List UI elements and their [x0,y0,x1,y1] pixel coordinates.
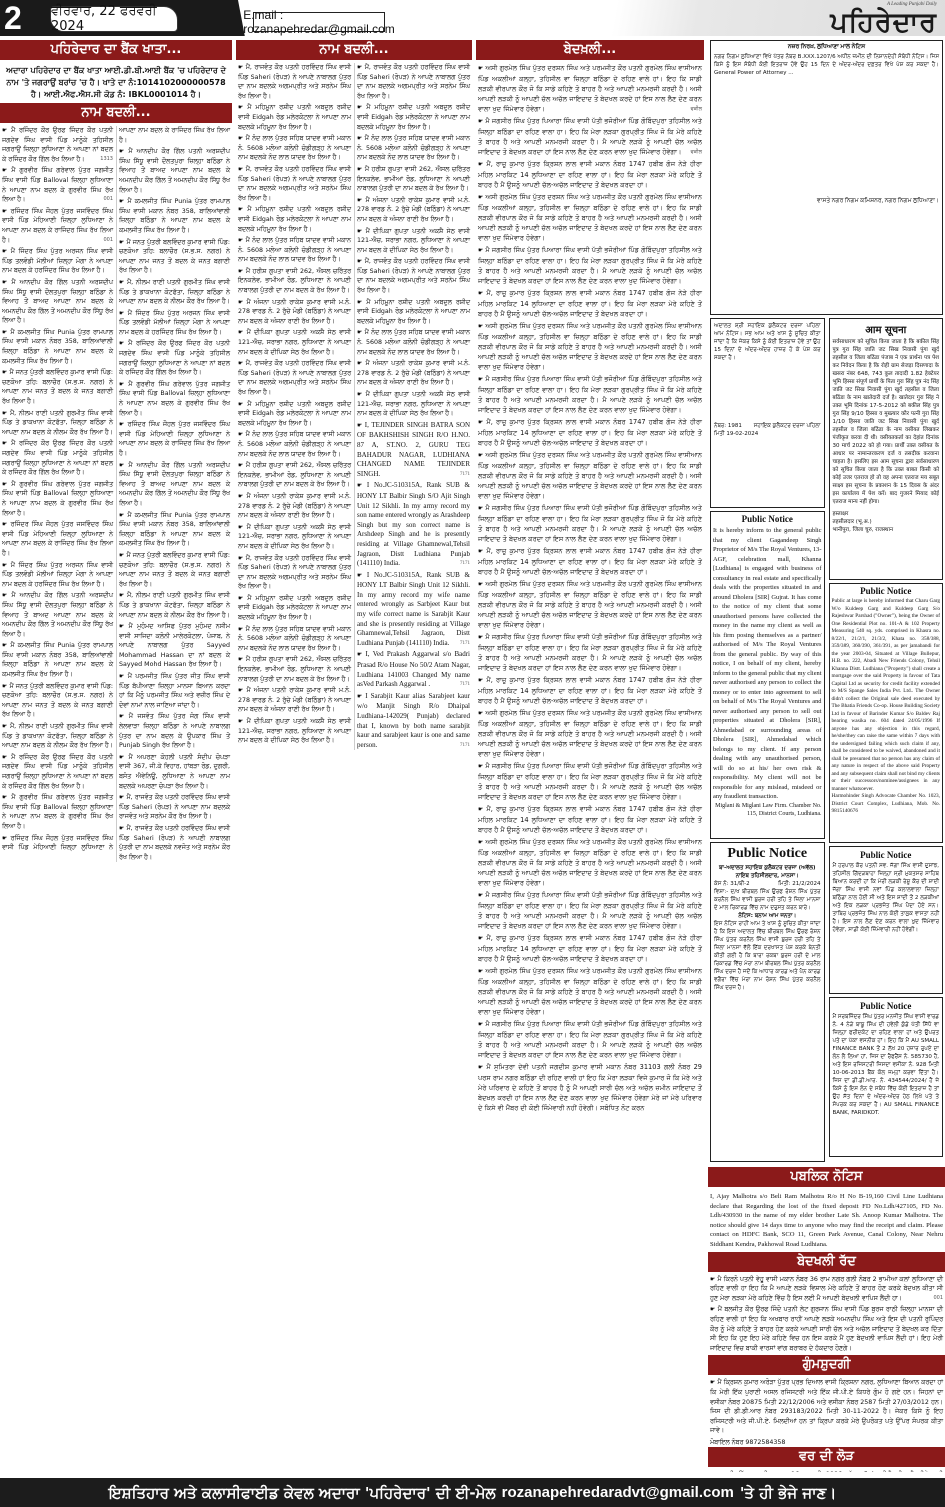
list-item: ਮੈ ਜਗਸੀਰ ਸਿੰਘ ਪੁੱਤਰ ਪਿਆਰਾ ਸਿੰਘ ਵਾਸੀ ਪੱਤੀ… [478,890,702,931]
revenue-notice-signer: ਵਾਸਤੇ ਨਗਰ ਨਿਗਮ ਕਮਿਸ਼ਨਰ, ਨਗਰ ਨਿਗਮ ਲੁਧਿਆਣਾ… [714,197,939,205]
case-subject: ਵਿਸ਼ਾ:- ਦ/ਖ ਬੀਰਬਲ ਸਿੰਘ ਉਰਫ ਰੋਸ਼ਨ ਸਿੰਘ ਪੁ… [714,888,821,912]
list-item: ਅਸੀ ਗੁਰਮੇਲ ਸਿੰਘ ਪੁੱਤਰ ਦਰਸ਼ਨ ਸਿੰਘ ਅਤੇ ਪਰਮ… [478,708,702,759]
list-item: ਮੈ ਜਗਸੀਰ ਸਿੰਘ ਪੁੱਤਰ ਪਿਆਰਾ ਸਿੰਘ ਵਾਸੀ ਪੱਤੀ… [478,374,702,415]
list-item: ਮੈਂ ਅਪਰਣਾ ਕੋਹਲੀ ਪਤਨੀ ਸੰਦੀਪ ਚੋਪੜਾ ਵਾਸੀ 36… [119,753,230,791]
case-date: ਮਿਤੀ: 21/2/2024 [778,880,820,888]
list-item: ਮੈਂ, ਰਾਜਵੰਤ ਕੌਰ ਪਤਨੀ ਹਰਵਿੰਦਰ ਸਿੰਘ ਵਾਸੀ ਪ… [357,63,470,101]
public-notice-mortgage-signer: Harmohinder Singh Advocate Chamber No. 1… [832,793,941,816]
list-item: ਮੈਂ, ਰਾਜੂ ਕੁਮਾਰ ਪੁੱਤਰ ਕ੍ਰਿਸ਼ਨ ਲਾਲ ਵਾਸੀ ਮ… [478,933,702,964]
missing-notice: ਮੈਂ ਕ੍ਰਿਸ਼ਨ ਕੁਮਾਰ ਅਰੋੜਾ ਪੁੱਤਰ ਪ੍ਰਭ ਦਿਆਲ … [708,1378,945,1447]
list-item: ਮੈਂ ਜਸਵੰਤ ਸਿੰਘ ਪੁੱਤਰ ਜੰਗ ਸਿੰਘ ਵਾਸੀ ਲੇਲਵਾ… [119,712,230,750]
public-notice-title: Public Notice [714,846,821,862]
public-notice-royal-text: It is hereby inform to the general publi… [713,526,822,802]
list-item: ਮੈਂ, ਰਾਜਵੰਤ ਕੌਰ ਪਤਨੀ ਹਰਵਿੰਦਰ ਸਿੰਘ ਵਾਸੀ ਪ… [238,359,351,397]
list-item: ਮੈਂ ਨੰਦ ਲਾਲ ਪੁੱਤਰ ਸਹਿਬ ਯਾਦਵ ਵਾਸੀ ਮਕਾਨ ਨੰ… [357,328,470,357]
list-item: ਮੈਂ ਕਮਲਜੀਤ ਸਿੰਘ Punia ਪੁੱਤਰ ਰਾਮਪਾਲ ਸਿੰਘ … [119,511,230,549]
list-item: ਮੈਂ ਦੀਪਿਕਾ ਗੁਪਤਾ ਪਤਨੀ ਅਕਸ਼ੈ ਸੇਠ ਵਾਸੀ 121… [238,523,351,552]
list-item: ਮੈਂ ਹਰੀਸ਼ ਗੁਪਤਾ ਵਾਸੀ 262, ਐਸਲ ਚਰਿੱਤਰ ਇਨਕ… [238,461,351,490]
public-notice-mortgage-text: Public at large is hereby informed that … [832,598,941,793]
list-item: ਮੈਂ, ਰਾਜਵੰਤ ਕੌਰ ਪਤਨੀ ਹਰਵਿੰਦਰ ਸਿੰਘ ਵਾਸੀ ਪ… [238,165,351,203]
list-item: ਮੈਂ ਹਰੀਸ਼ ਗੁਪਤਾ ਵਾਸੀ 262, ਐਸਲ ਚਰਿੱਤਰ ਇਨਕ… [238,655,351,684]
list-item: ਮੈ ਜਗਸੀਰ ਸਿੰਘ ਪੁੱਤਰ ਪਿਆਰਾ ਸਿੰਘ ਵਾਸੀ ਪੱਤੀ… [478,503,702,544]
aam-suchna-signer-place: भानीपुरा, जिला चुरु, राजस्थान [833,526,940,534]
list-item: ਮੈਂ ਹਰੀਸ਼ ਗੁਪਤਾ ਵਾਸੀ 262, ਐਸਲ ਚਰਿੱਤਰ ਇਨਕ… [238,267,351,296]
list-item: ਮੈ ਜਗਸੀਰ ਸਿੰਘ ਪੁੱਤਰ ਪਿਆਰਾ ਸਿੰਘ ਵਾਸੀ ਪੱਤੀ… [478,1019,702,1060]
list-item: ਮੈਂ ਗੁਰਵੀਰ ਸਿੰਘ ਗਰੇਵਾਲ ਪੁੱਤਰ ਜਗਜੀਤ ਸਿੰਘ … [2,480,113,518]
list-item: ਅਸੀ ਗੁਰਮੇਲ ਸਿੰਘ ਪੁੱਤਰ ਦਰਸ਼ਨ ਸਿੰਘ ਅਤੇ ਪਰਮ… [478,450,702,501]
list-item: ਮੈਂ ਮਹਿਮੂਨਾ ਰਸ਼ੀਦ ਪਤਨੀ ਅਬਦੁਲ ਰਸ਼ੀਦ ਵਾਸੀ … [238,400,351,429]
aam-suchna-signer-label: हस्ताक्षर [833,510,940,518]
list-item: ਮੈਂ ਮਹਿਮੂਨਾ ਰਸ਼ੀਦ ਪਤਨੀ ਅਬਦੁਲ ਰਸ਼ੀਦ ਵਾਸੀ … [357,103,470,132]
list-item: ਮੈਂ ਆਨਦੀਪ ਕੌਰ ਗਿੱਲ ਪਤਨੀ ਅਰਸ਼ਦੀਪ ਸਿੰਘ ਸਿੱ… [2,278,113,326]
aam-suchna-notice: आम सूचना सर्वसाधारण को सूचित किया जाता ह… [829,318,944,580]
list-item: ਮੈਂ ਨੰਦ ਲਾਲ ਪੁੱਤਰ ਸਹਿਬ ਯਾਦਵ ਵਾਸੀ ਮਕਾਨ ਨੰ… [238,134,351,163]
list-item: ਮੈਂ, ਰਾਜੂ ਕੁਮਾਰ ਪੁੱਤਰ ਕ੍ਰਿਸ਼ਨ ਲਾਲ ਵਾਸੀ ਮ… [478,159,702,190]
list-item: ਮੈਂ ਮਹਿਮੂਨਾ ਰਸ਼ੀਦ ਪਤਨੀ ਅਬਦੁਲ ਰਸ਼ੀਦ ਵਾਸੀ … [238,594,351,623]
public-notice-title: Public Notice [833,850,940,860]
list-item: ਮੈਂ ਗੁਰਵੀਰ ਸਿੰਘ ਗਰੇਵਾਲ ਪੁੱਤਰ ਜਗਜੀਤ ਸਿੰਘ … [119,380,230,418]
list-item: ਮੈਂ ਪਰਮਜੀਤ ਸਿੰਘ ਪੁੱਤਰ ਜੀਤ ਸਿੰਘ ਵਾਸੀ ਪਿੰਡ… [119,672,230,710]
court-notice-text: ਅਦਾਲਤ ਸ਼੍ਰੀ ਸਹਾਇਕ ਕੁਲੈਕਟਰ ਦਰਜਾ ਪਹਿਲਾ ਆਮ … [714,322,821,362]
court-notice-date: ਮਿਤੀ 19-02-2024 [714,430,821,438]
list-item-english: I, Ved Prakash Aggarwal s/o Badri Prasad… [357,650,470,689]
list-item: ਮੈਂ ਕਮਲਜੀਤ ਸਿੰਘ Punia ਪੁੱਤਰ ਰਾਮਪਾਲ ਸਿੰਘ … [2,328,113,366]
court-notice-small: ਅਦਾਲਤ ਸ਼੍ਰੀ ਸਹਾਇਕ ਕੁਲੈਕਟਰ ਦਰਜਾ ਪਹਿਲਾ ਆਮ … [710,318,825,508]
list-item: ਮੈਂ ਅੰਜਨਾ ਪਤਨੀ ਰਾਕੇਸ਼ ਕੁਮਾਰ ਵਾਸੀ ਮ.ਨੰ. 2… [238,686,351,715]
court-notice-signer: ਸਹਾਇਕ ਕੁਲੈਕਟਰ ਦਰਜਾ ਪਹਿਲਾ [754,422,821,430]
list-item: ਰਜਿੰਦਰ ਸਿੰਘ ਜੌਹਲ ਪੁੱਤਰ ਜਸਵਿੰਦਰ ਸਿੰਘ ਵਾਸੀ… [2,207,113,245]
section-title-name-change-2: ਨਾਮ ਬਦਲੀ... [236,40,472,60]
section-title-public-notices: ਪਬਲਿਕ ਨੋਟਿਸ [708,1167,945,1187]
list-item: ਮੈਂ ਦੀਪਿਕਾ ਗੁਪਤਾ ਪਤਨੀ ਅਕਸ਼ੈ ਸੇਠ ਵਾਸੀ 121… [238,328,351,357]
list-item: ਮੈਂ, ਨੀਲਮ ਰਾਣੀ ਪਤਨੀ ਗੁਰਮੀਤ ਸਿੰਘ ਵਾਸੀ ਪਿੰ… [119,591,230,620]
list-item: ਮੈਂ, ਨੀਲਮ ਰਾਣੀ ਪਤਨੀ ਗੁਰਮੀਤ ਸਿੰਘ ਵਾਸੀ ਪਿੰ… [2,722,113,751]
public-notice-title: Public Notice [713,514,822,524]
aam-suchna-title: आम सूचना [833,322,940,336]
list-item: ਮੈਂ ਅੰਜਨਾ ਪਤਨੀ ਰਾਕੇਸ਼ ਕੁਮਾਰ ਵਾਸੀ ਮ.ਨੰ. 2… [357,196,470,225]
list-item: ਮੈਂ, ਰਾਜਵੰਤ ਕੌਰ ਪਤਨੀ ਹਰਵਿੰਦਰ ਸਿੰਘ ਵਾਸੀ ਪ… [238,554,351,592]
revenue-notice-text: ਨਗਰ ਨਿਗਮ ਲੁਧਿਆਣਾ ਵਿਖੇ ਪੱਤਰ ਨੰਬਰ B.XXX.12… [714,53,939,77]
list-item: ਮੈਂ ਅੰਜਨਾ ਪਤਨੀ ਰਾਕੇਸ਼ ਕੁਮਾਰ ਵਾਸੀ ਮ.ਨੰ. 2… [357,359,470,388]
column-1: ਪਹਿਰੇਦਾਰ ਦਾ ਬੈਂਕ ਖਾਤਾ... ਅਦਾਰਾ ਪਹਿਰੇਦਾਰ … [0,40,232,1472]
missing-text: ਮੈਂ ਕ੍ਰਿਸ਼ਨ ਕੁਮਾਰ ਅਰੋੜਾ ਪੁੱਤਰ ਪ੍ਰਭ ਦਿਆਲ … [710,1378,943,1436]
list-item: ਮੈਂ ਰਜਿੰਦਰ ਕੌਰ ਉਰਫ ਜਿੰਦਰ ਕੌਰ ਪਤਨੀ ਜਗਦੇਵ … [119,339,230,377]
list-item: ਮੈਂ ਆਨਦੀਪ ਕੌਰ ਗਿੱਲ ਪਤਨੀ ਅਰਸ਼ਦੀਪ ਸਿੰਘ ਸਿੱ… [2,591,113,639]
public-notice-au-bank: Public Notice ਮੈਂ ਸਰਬਜਿੰਦਰ ਸਿੰਘ ਪੁੱਤਰ ਮਨ… [829,997,944,1157]
disownment-cancel-list: ਮੈ ਕਿਰਨੋ ਪਤਨੀ ਵੇਹੂ ਵਾਸੀ ਮਕਾਨ ਨੰਬਰ 36 ਰਾਮ… [708,1275,945,1354]
case-heading: ਨੋਟਿਸ: ਬਨਾਮ ਆਮ ਜਨਤਾ। [714,912,821,920]
section-title-missing: ਗੁੰਮਸ਼ੁਦਗੀ [708,1355,945,1375]
list-item: ਮੈਂ ਗੁਰਵੀਰ ਸਿੰਘ ਗਰੇਵਾਲ ਪੁੱਤਰ ਜਗਜੀਤ ਸਿੰਘ … [2,166,113,204]
list-item: ਮੈਂ, ਰਾਜਵੰਤ ਕੌਰ ਪਤਨੀ ਹਰਵਿੰਦਰ ਸਿੰਘ ਵਾਸੀ ਪ… [357,257,470,295]
list-item: ਮੈਂ ਨੰਦ ਲਾਲ ਪੁੱਤਰ ਸਹਿਬ ਯਾਦਵ ਵਾਸੀ ਮਕਾਨ ਨੰ… [238,236,351,265]
list-item: ਮੈਂ ਅੰਜਨਾ ਪਤਨੀ ਰਾਕੇਸ਼ ਕੁਮਾਰ ਵਾਸੀ ਮ.ਨੰ. 2… [238,492,351,521]
column-2: ਨਾਮ ਬਦਲੀ... ਮੈਂ, ਰਾਜਵੰਤ ਕੌਰ ਪਤਨੀ ਹਰਵਿੰਦਰ… [236,40,472,1472]
list-item: ਮੈਂ ਰਜਿੰਦਰ ਕੌਰ ਉਰਫ ਜਿੰਦਰ ਕੌਰ ਪਤਨੀ ਜਗਦੇਵ … [2,439,113,477]
list-item: ਅਸੀ ਗੁਰਮੇਲ ਸਿੰਘ ਪੁੱਤਰ ਦਰਸ਼ਨ ਸਿੰਘ ਅਤੇ ਪਰਮ… [478,63,702,114]
list-item: ਮੈਂ, ਰਾਜੂ ਕੁਮਾਰ ਪੁੱਤਰ ਕ੍ਰਿਸ਼ਨ ਲਾਲ ਵਾਸੀ ਮ… [478,546,702,577]
section-title-disownment-cancel: ਬੇਦਖਲੀ ਰੱਦ [708,1252,945,1272]
list-item: ਮੈਂ ਦੀਪਿਕਾ ਗੁਪਤਾ ਪਤਨੀ ਅਕਸ਼ੈ ਸੇਠ ਵਾਸੀ 121… [357,227,470,256]
public-notice-royal-signer: Miglani & Miglani Law Firm. Chamber No. … [713,802,822,818]
list-item-english: I No.JC-510315A, Rank SUB & HONY LT Balb… [357,571,470,649]
list-item: ਮੈਂ, ਰਾਜੂ ਕੁਮਾਰ ਪੁੱਤਰ ਕ੍ਰਿਸ਼ਨ ਲਾਲ ਵਾਸੀ ਮ… [478,417,702,448]
footer-text-before: ਇਸ਼ਤਿਹਾਰ ਅਤੇ ਕਲਾਸੀਫਾਈਡ ਕੇਵਲ ਅਦਾਰਾ 'ਪਹਿਰੇ… [109,1484,496,1502]
list-item: ਮੈ ਜਗਸੀਰ ਸਿੰਘ ਪੁੱਤਰ ਪਿਆਰਾ ਸਿੰਘ ਵਾਸੀ ਪੱਤੀ… [478,116,702,157]
list-item: ਮੈ ਜਗਸੀਰ ਸਿੰਘ ਪੁੱਤਰ ਪਿਆਰਾ ਸਿੰਘ ਵਾਸੀ ਪੱਤੀ… [478,761,702,802]
column-3: ਬੇਦਖ਼ਲੀ... ਅਸੀ ਗੁਰਮੇਲ ਸਿੰਘ ਪੁੱਤਰ ਦਰਸ਼ਨ ਸ… [476,40,704,1472]
list-item: ਮੈਂ ਜਨਤ ਪੁੱਤਰੀ ਬਲਵਿੰਦਰ ਕੁਮਾਰ ਵਾਸੀ ਪਿੰਡ: … [119,238,230,276]
list-item: ਮੈਂ ਮਹਿਮੂਨਾ ਰਸ਼ੀਦ ਪਤਨੀ ਅਬਦੁਲ ਰਸ਼ੀਦ ਵਾਸੀ … [357,298,470,327]
list-item: ਮੈਂ, ਰਾਜਵੰਤ ਕੌਰ ਪਤਨੀ ਹਰਵਿੰਦਰ ਸਿੰਘ ਵਾਸੀ ਪ… [238,63,351,101]
public-notice-mansa: Public Notice ਬਾ-ਅਦਾਲਤ ਸਹਾਇਕ ਕੁਲੈਕਟਰ ਦਰਜ… [710,842,825,1162]
page-number: 2 [4,0,22,36]
column-4: ਨਜ਼ਰ ਨਿਰਖ਼, ਲੁਧਿਆਣਾ ਮਾਲ ਨੋਟਿਸ ਨਗਰ ਨਿਗਮ ਲ… [708,40,945,1472]
section-title-disownment: ਬੇਦਖ਼ਲੀ... [476,40,704,60]
list-item: ਅਸੀ ਗੁਰਮੇਲ ਸਿੰਘ ਪੁੱਤਰ ਦਰਸ਼ਨ ਸਿੰਘ ਅਤੇ ਪਰਮ… [478,837,702,888]
list-item: ਮੈਂ ਜਿੰਦਰ ਸਿੰਘ ਪੁੱਤਰ ਅਰਜਨ ਸਿੰਘ ਵਾਸੀ ਪਿੰਡ… [119,309,230,338]
list-item: ਮੈਂ ਗੁਰਵੀਰ ਸਿੰਘ ਗਰੇਵਾਲ ਪੁੱਤਰ ਜਗਜੀਤ ਸਿੰਘ … [2,793,113,831]
revenue-notice: ਨਜ਼ਰ ਨਿਰਖ਼, ਲੁਧਿਆਣਾ ਮਾਲ ਨੋਟਿਸ ਨਗਰ ਨਿਗਮ ਲ… [710,40,943,315]
list-item-english: I, TEJINDER SINGH BATRA SON OF BAKHSHISH… [357,421,470,480]
disownment-list: ਅਸੀ ਗੁਰਮੇਲ ਸਿੰਘ ਪੁੱਤਰ ਦਰਸ਼ਨ ਸਿੰਘ ਅਤੇ ਪਰਮ… [476,63,704,1113]
newspaper-logo: ਪਹਿਰੇਦਾਰ [830,7,937,39]
list-item: ਅਸੀ ਗੁਰਮੇਲ ਸਿੰਘ ਪੁੱਤਰ ਦਰਸ਼ਨ ਸਿੰਘ ਅਤੇ ਪਰਮ… [478,579,702,630]
public-notice-title: Public Notice [833,1001,940,1011]
list-item: ਮੈਂ ਮਹਿਮੂਨਾ ਰਸ਼ੀਦ ਪਤਨੀ ਅਬਦੁਲ ਰਸ਼ੀਦ ਵਾਸੀ … [238,103,351,132]
list-item: ਮੈਂ ਰਜਿੰਦਰ ਕੌਰ ਉਰਫ ਜਿੰਦਰ ਕੌਰ ਪਤਨੀ ਜਗਦੇਵ … [2,753,113,791]
list-item: ਮੈਂ ਨੰਦ ਲਾਲ ਪੁੱਤਰ ਸਹਿਬ ਯਾਦਵ ਵਾਸੀ ਮਕਾਨ ਨੰ… [238,430,351,459]
public-notice-punjabi-1: Public Notice ਮੈਂ ਹਰਪਾਲ ਕੌਰ ਪਤਨੀ ਸਵ. ਜੱਗ… [829,846,944,994]
list-item: ਮੈਂ ਬਲਜੀਤ ਕੌਰ ਉਰਫ ਜਿੰਦੋ ਪਤਨੀ ਲੇਟ ਗੁਰਜਾਨ … [710,1305,943,1353]
section-title-groom-wanted: ਵਰ ਦੀ ਲੋੜ [708,1447,945,1467]
list-item: ਮੈ ਜਗਸੀਰ ਸਿੰਘ ਪੁੱਤਰ ਪਿਆਰਾ ਸਿੰਘ ਵਾਸੀ ਪੱਤੀ… [478,245,702,286]
list-item: ਮੈਂ, ਰਾਜੂ ਕੁਮਾਰ ਪੁੱਤਰ ਕ੍ਰਿਸ਼ਨ ਲਾਲ ਵਾਸੀ ਮ… [478,804,702,835]
public-notice-punjabi-1-text: ਮੈਂ ਹਰਪਾਲ ਕੌਰ ਪਤਨੀ ਸਵ. ਜੱਗਾ ਸਿੰਘ ਵਾਸੀ ਦੁ… [833,862,940,934]
groom-wanted-text: ਮਜ਼ਬੀ ਸਿੱਖ ਲੜਕੀ, ਜਨਮ 16 ਜਨਵਰੀ 1986, ਕੱਦ-… [708,1470,945,1472]
section-title-bank: ਪਹਿਰੇਦਾਰ ਦਾ ਬੈਂਕ ਖਾਤਾ... [0,40,232,60]
section-title-name-change: ਨਾਮ ਬਦਲੀ... [0,103,232,123]
list-item: ਅਸੀ ਗੁਰਮੇਲ ਸਿੰਘ ਪੁੱਤਰ ਦਰਸ਼ਨ ਸਿੰਘ ਅਤੇ ਪਰਮ… [478,192,702,243]
list-item: ਮੈਂ ਆਨਦੀਪ ਕੌਰ ਗਿੱਲ ਪਤਨੀ ਅਰਸ਼ਦੀਪ ਸਿੰਘ ਸਿੱ… [119,147,230,195]
list-item: ਮੈਂ ਕਮਲਜੀਤ ਸਿੰਘ Punia ਪੁੱਤਰ ਰਾਮਪਾਲ ਸਿੰਘ … [119,197,230,235]
list-item: ਅਸੀ ਗੁਰਮੇਲ ਸਿੰਘ ਪੁੱਤਰ ਦਰਸ਼ਨ ਸਿੰਘ ਅਤੇ ਪਰਮ… [478,321,702,372]
aam-suchna-signer-title: तहसीलदार (भू.अ.) [833,518,940,526]
list-item: ਮੈਂ, ਰਾਜੂ ਕੁਮਾਰ ਪੁੱਤਰ ਕ੍ਰਿਸ਼ਨ ਲਾਲ ਵਾਸੀ ਮ… [478,675,702,706]
list-item: ਮੈਂ ਜਨਤ ਪੁੱਤਰੀ ਬਲਵਿੰਦਰ ਕੁਮਾਰ ਵਾਸੀ ਪਿੰਡ: … [2,682,113,720]
court-notice-number: ਨੰਬਰ: 1981 [714,422,742,430]
list-item: ਮੈਂ ਰਜਿੰਦਰ ਕੌਰ ਉਰਫ ਜਿੰਦਰ ਕੌਰ ਪਤਨੀ ਜਗਦੇਵ … [2,126,113,164]
list-item: ਮੈਂ ਨੰਦ ਲਾਲ ਪੁੱਤਰ ਸਹਿਬ ਯਾਦਵ ਵਾਸੀ ਮਕਾਨ ਨੰ… [357,134,470,163]
case-number: ਕੇਸ ਨੰ: 31/ਬੀ-2 [714,880,750,888]
issue-date: ਵੀਰਵਾਰ, 22 ਫਰਵਰੀ 2024 [50,6,178,32]
list-item: ਮੈ ਕਿਰਨੋ ਪਤਨੀ ਵੇਹੂ ਵਾਸੀ ਮਕਾਨ ਨੰਬਰ 36 ਰਾਮ… [710,1275,943,1304]
fd-lost-notice: I, Ajay Malhotra s/o Beli Ram Malhotra R… [708,1190,945,1252]
public-notice-mortgage: Public Notice Public at large is hereby … [829,583,944,843]
list-item: ਮੈਂ, ਰਾਜਵੰਤ ਕੌਰ ਪਤਨੀ ਹਰਵਿੰਦਰ ਸਿੰਘ ਵਾਸੀ ਪ… [119,824,230,862]
list-item: ਮੈਂ ਅੰਜਨਾ ਪਤਨੀ ਰਾਕੇਸ਼ ਕੁਮਾਰ ਵਾਸੀ ਮ.ਨੰ. 2… [238,298,351,327]
header-email-text: E.mail : rozanapehredar@gmail.com [243,8,395,36]
footer-text-after: 'ਤੇ ਹੀ ਭੇਜੇ ਜਾਣ। [740,1484,837,1502]
list-item: ਮੈਂ ਕਮਲਜੀਤ ਸਿੰਘ Punia ਪੁੱਤਰ ਰਾਮਪਾਲ ਸਿੰਘ … [2,641,113,679]
list-item-english: I Sarabjit Kaur alias Sarabjeet kaur w/o… [357,692,470,751]
name-change-list: ਮੈਂ ਰਜਿੰਦਰ ਕੌਰ ਉਰਫ ਜਿੰਦਰ ਕੌਰ ਪਤਨੀ ਜਗਦੇਵ … [0,126,232,862]
aam-suchna-text: सर्वसाधारण को सूचित किया जाता है कि बकील… [833,338,940,506]
list-item: ਮੈਂ ਸੁਮਿਤਰਾ ਦੇਵੀ ਪਤਨੀ ਜਗਦੀਸ਼ ਕੁਮਾਰ ਵਾਸੀ … [478,1062,702,1113]
list-item: ਮੈਂ ਮੁਹੰਮਦ ਆਸਿਫ ਪੁੱਤਰ ਮੁਹੰਮਦ ਨਸੀਮ ਵਾਸੀ ਸ… [119,622,230,670]
footer-banner: ਇਸ਼ਤਿਹਾਰ ਅਤੇ ਕਲਾਸੀਫਾਈਡ ਕੇਵਲ ਅਦਾਰਾ 'ਪਹਿਰੇ… [0,1478,945,1507]
header-email: E.mail : rozanapehredar@gmail.com [253,12,385,32]
list-item: ਮੈਂ ਆਨਦੀਪ ਕੌਰ ਗਿੱਲ ਪਤਨੀ ਅਰਸ਼ਦੀਪ ਸਿੰਘ ਸਿੱ… [119,461,230,509]
masthead: 2 ਵੀਰਵਾਰ, 22 ਫਰਵਰੀ 2024 E.mail : rozanap… [0,0,945,36]
list-item: ਮੈਂ, ਨੀਲਮ ਰਾਣੀ ਪਤਨੀ ਗੁਰਮੀਤ ਸਿੰਘ ਵਾਸੀ ਪਿੰ… [119,278,230,307]
list-item: ਮੈਂ ਦੀਪਿਕਾ ਗੁਪਤਾ ਪਤਨੀ ਅਕਸ਼ੈ ਸੇਠ ਵਾਸੀ 121… [238,717,351,746]
public-notice-mansa-text: ਇਸ ਨੋਟਿਸ ਰਾਹੀਂ ਆਮ ਤੇ ਖਾਸ ਨੂੰ ਸੂਚਿਤ ਕੀਤਾ … [714,920,821,992]
list-item: ਮੈਂ ਜਿੰਦਰ ਸਿੰਘ ਪੁੱਤਰ ਅਰਜਨ ਸਿੰਘ ਵਾਸੀ ਪਿੰਡ… [2,561,113,590]
list-item: ਮੈਂ ਜਿੰਦਰ ਸਿੰਘ ਪੁੱਤਰ ਅਰਜਨ ਸਿੰਘ ਵਾਸੀ ਪਿੰਡ… [2,247,113,276]
list-item: ਮੈਂ ਦੀਪਿਕਾ ਗੁਪਤਾ ਪਤਨੀ ਅਕਸ਼ੈ ਸੇਠ ਵਾਸੀ 121… [357,390,470,419]
list-item: ਮੈਂ, ਨੀਲਮ ਰਾਣੀ ਪਤਨੀ ਗੁਰਮੀਤ ਸਿੰਘ ਵਾਸੀ ਪਿੰ… [2,409,113,438]
list-item-english: I No.JC-510315A, Rank SUB & HONY LT Balb… [357,481,470,568]
public-notice-title: Public Notice [832,586,941,596]
list-item: ਮੈ ਜਗਸੀਰ ਸਿੰਘ ਪੁੱਤਰ ਪਿਆਰਾ ਸਿੰਘ ਵਾਸੀ ਪੱਤੀ… [478,632,702,673]
public-notice-mansa-subtitle: ਬਾ-ਅਦਾਲਤ ਸਹਾਇਕ ਕੁਲੈਕਟਰ ਦਰਜਾ (ਅਵੱਲ) ਨਾਇਬ … [714,864,821,880]
public-notice-royal-ventures: Public Notice It is hereby inform to the… [710,511,825,839]
list-item: ਮੈਂ ਨੰਦ ਲਾਲ ਪੁੱਤਰ ਸਹਿਬ ਯਾਦਵ ਵਾਸੀ ਮਕਾਨ ਨੰ… [238,625,351,654]
list-item: ਮੈਂ ਜਨਤ ਪੁੱਤਰੀ ਬਲਵਿੰਦਰ ਕੁਮਾਰ ਵਾਸੀ ਪਿੰਡ: … [119,551,230,589]
footer-email[interactable]: rozanapehredaradvt@gmail.com [502,1484,734,1501]
list-item: ਮੈਂ, ਰਾਜੂ ਕੁਮਾਰ ਪੁੱਤਰ ਕ੍ਰਿਸ਼ਨ ਲਾਲ ਵਾਸੀ ਮ… [478,288,702,319]
missing-mobile: ਮੋਬਾਇਲ ਨੰਬਰ 9872584358 [710,1438,943,1448]
list-item: ਰਜਿੰਦਰ ਸਿੰਘ ਜੌਹਲ ਪੁੱਤਰ ਜਸਵਿੰਦਰ ਸਿੰਘ ਵਾਸੀ… [119,420,230,458]
list-item: ਮੈਂ ਮਹਿਮੂਨਾ ਰਸ਼ੀਦ ਪਤਨੀ ਅਬਦੁਲ ਰਸ਼ੀਦ ਵਾਸੀ … [238,205,351,234]
list-item: ਮੈਂ, ਰਾਜਵੰਤ ਕੌਰ ਪਤਨੀ ਹਰਵਿੰਦਰ ਸਿੰਘ ਵਾਸੀ ਪ… [119,793,230,822]
public-notice-au-bank-text: ਮੈਂ ਸਰਬਜਿੰਦਰ ਸਿੰਘ ਪੁੱਤਰ ਮਨਜੀਤ ਸਿੰਘ ਵਾਸੀ … [833,1013,940,1117]
list-item: ਅਸੀ ਗੁਰਮੇਲ ਸਿੰਘ ਪੁੱਤਰ ਦਰਸ਼ਨ ਸਿੰਘ ਅਤੇ ਪਰਮ… [478,966,702,1017]
list-item: ਰਜਿੰਦਰ ਸਿੰਘ ਜੌਹਲ ਪੁੱਤਰ ਜਸਵਿੰਦਰ ਸਿੰਘ ਵਾਸੀ… [2,520,113,558]
list-item: ਮੈਂ ਹਰੀਸ਼ ਗੁਪਤਾ ਵਾਸੀ 262, ਐਸਲ ਚਰਿੱਤਰ ਇਨਕ… [357,165,470,194]
list-item: ਮੈਂ ਜਨਤ ਪੁੱਤਰੀ ਬਲਵਿੰਦਰ ਕੁਮਾਰ ਵਾਸੀ ਪਿੰਡ: … [2,368,113,406]
revenue-notice-title: ਨਜ਼ਰ ਨਿਰਖ਼, ਲੁਧਿਆਣਾ ਮਾਲ ਨੋਟਿਸ [714,44,939,51]
name-change-list-2: ਮੈਂ, ਰਾਜਵੰਤ ਕੌਰ ਪਤਨੀ ਹਰਵਿੰਦਰ ਸਿੰਘ ਵਾਸੀ ਪ… [236,63,472,750]
bank-account-text: ਅਦਾਰਾ ਪਹਿਰੇਦਾਰ ਦਾ ਬੈਂਕ ਖਾਤਾ ਆਈ.ਡੀ.ਬੀ.ਆਈ … [0,63,232,103]
